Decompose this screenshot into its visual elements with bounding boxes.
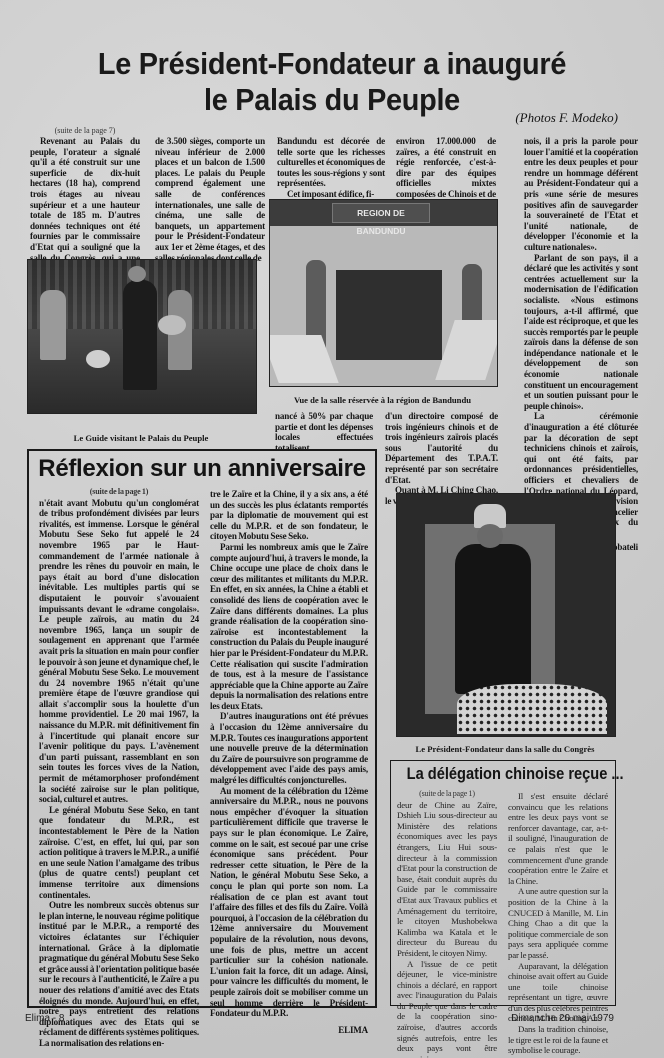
reflexion-column-2: tre le Zaïre et la Chine, il y a six ans… <box>210 489 368 1035</box>
delegation-title: La délégation chinoise reçue ... <box>407 764 600 784</box>
footer-page-number: Elima - 8 <box>25 1013 64 1024</box>
continued-from-label: (suite de la page 7) <box>40 126 130 135</box>
article-column-2: de 3.500 sièges, comporte un niveau infé… <box>155 136 265 263</box>
delegation-article-box: La délégation chinoise reçue ... (suite … <box>390 760 616 1006</box>
photo-bandundu-room: REGION DE BANDUNDU <box>269 199 498 387</box>
photo-president-congress-hall <box>396 493 616 737</box>
headline-line-1: Le Président-Fondateur a inauguré <box>23 46 641 82</box>
article-column-3-cont: nancé à 50% par chaque partie et dont le… <box>275 411 373 453</box>
continued-from-label: (suite de la page 1) <box>39 487 199 498</box>
article-column-3: Bandundu est décorée de telle sorte que … <box>277 136 385 200</box>
reflexion-column-1: (suite de la page 1) n'était avant Mobut… <box>39 487 199 1048</box>
reflexion-title: Réflexion sur un anniversaire <box>29 455 375 483</box>
photo-caption-bandundu: Vue de la salle réservée à la région de … <box>269 395 496 405</box>
reflexion-signature: ELIMA <box>210 1025 368 1036</box>
region-sign: REGION DE BANDUNDU <box>332 203 430 223</box>
main-headline: Le Président-Fondateur a inauguré le Pal… <box>23 46 641 118</box>
footer-date: Dimanche 20 mai 1979 <box>511 1013 614 1024</box>
delegation-column-1: (suite de la page 1) deur de Chine au Za… <box>397 789 497 1058</box>
photo-caption-guide: Le Guide visitant le Palais du Peuple <box>27 433 255 443</box>
continued-from-label: (suite de la page 1) <box>397 789 497 800</box>
article-column-5: nois, il a pris la parole pour louer l'a… <box>524 136 638 552</box>
article-column-1: Revenant au Palais du peuple, l'orateur … <box>30 136 140 274</box>
photo-guide-visiting-palace <box>27 259 257 414</box>
photo-credit: (Photos F. Modeko) <box>515 110 618 126</box>
photo-caption-congress: Le Président-Fondateur dans la salle du … <box>396 744 614 754</box>
reflexion-article-box: Réflexion sur un anniversaire (suite de … <box>27 449 377 1008</box>
